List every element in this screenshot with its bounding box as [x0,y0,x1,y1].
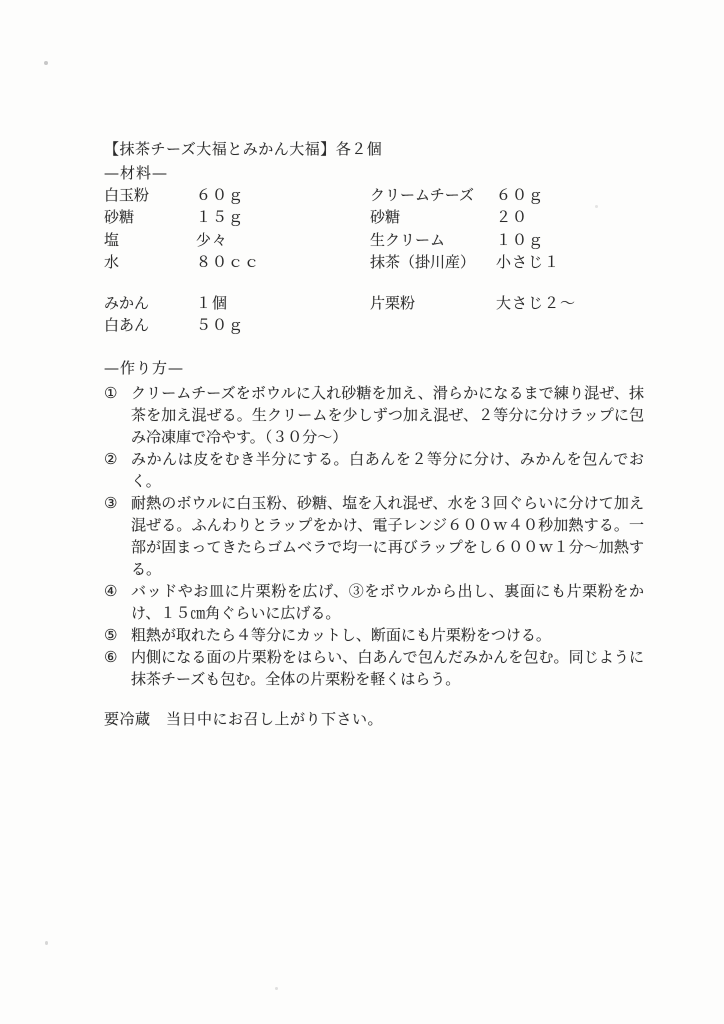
step-text: バッドやお皿に片栗粉を広げ、③をボウルから出し、裏面にも片栗粉をかけ、１５㎝角ぐ… [131,580,644,624]
step-text: みかんは皮をむき半分にする。白あんを２等分に分け、みかんを包んでおく。 [131,448,644,492]
ingredient-name: 砂糖 [370,206,496,228]
step-number: ⑤ [104,624,131,646]
step-number: ② [104,448,131,470]
step-number: ⑥ [104,646,131,668]
storage-note: 要冷蔵 当日中にお召し上がり下さい。 [104,708,644,730]
step-item: ⑥ 内側になる面の片栗粉をはらい、白あんで包んだみかんを包む。同じように抹茶チー… [104,646,644,690]
steps-list: ① クリームチーズをボウルに入れ砂糖を加え、滑らかになるまで練り混ぜ、抹茶を加え… [104,382,644,690]
ingredient-name: 白あん [104,314,196,336]
ingredient-name: 抹茶（掛川産） [370,251,496,273]
ingredients-heading: —材料— [104,162,644,184]
steps-heading: —作り方— [104,357,644,380]
scan-speck [45,941,48,945]
step-text: 粗熱が取れたら４等分にカットし、断面にも片栗粉をつける。 [131,624,644,646]
recipe-content: 【抹茶チーズ大福とみかん大福】各２個 —材料— 白玉粉 ６０ｇ クリームチーズ … [104,138,644,730]
ingredient-amount: ６０ｇ [196,184,370,206]
ingredient-name: 塩 [104,229,196,251]
ingredient-row: 白あん ５０ｇ [104,314,644,336]
ingredient-amount: ６０ｇ [496,184,644,206]
step-text: 内側になる面の片栗粉をはらい、白あんで包んだみかんを包む。同じように抹茶チーズも… [131,646,644,690]
scan-speck [275,987,278,990]
ingredient-name: 砂糖 [104,206,196,228]
ingredient-amount: 大さじ２～ [496,292,644,314]
ingredient-name: クリームチーズ [370,184,496,206]
step-number: ④ [104,580,131,602]
step-text: クリームチーズをボウルに入れ砂糖を加え、滑らかになるまで練り混ぜ、抹茶を加え混ぜ… [131,382,644,448]
scanned-recipe-page: 【抹茶チーズ大福とみかん大福】各２個 —材料— 白玉粉 ６０ｇ クリームチーズ … [0,0,724,1024]
ingredient-name: 白玉粉 [104,184,196,206]
step-text: 耐熱のボウルに白玉粉、砂糖、塩を入れ混ぜ、水を３回ぐらいに分けて加え混ぜる。ふん… [131,492,644,580]
scan-speck [44,61,48,65]
ingredient-amount: 少々 [196,229,370,251]
ingredient-name: みかん [104,292,196,314]
ingredient-amount: １個 [196,292,370,314]
recipe-title: 【抹茶チーズ大福とみかん大福】各２個 [104,138,644,162]
ingredient-amount: ５０ｇ [196,314,370,336]
ingredient-row: 水 ８０ｃｃ 抹茶（掛川産） 小さじ１ [104,251,644,273]
ingredient-name: 片栗粉 [370,292,496,314]
ingredient-amount: 小さじ１ [496,251,644,273]
ingredient-amount: ８０ｃｃ [196,251,370,273]
ingredient-amount: １０ｇ [496,229,644,251]
step-item: ② みかんは皮をむき半分にする。白あんを２等分に分け、みかんを包んでおく。 [104,448,644,492]
ingredient-name: 水 [104,251,196,273]
step-item: ④ バッドやお皿に片栗粉を広げ、③をボウルから出し、裏面にも片栗粉をかけ、１５㎝… [104,580,644,624]
ingredients-table: 白玉粉 ６０ｇ クリームチーズ ６０ｇ 砂糖 １５ｇ 砂糖 ２０ 塩 少々 生ク… [104,184,644,336]
step-item: ③ 耐熱のボウルに白玉粉、砂糖、塩を入れ混ぜ、水を３回ぐらいに分けて加え混ぜる。… [104,492,644,580]
step-number: ③ [104,492,131,514]
ingredient-row: 白玉粉 ６０ｇ クリームチーズ ６０ｇ [104,184,644,206]
ingredient-amount: １５ｇ [196,206,370,228]
ingredient-row: 砂糖 １５ｇ 砂糖 ２０ [104,206,644,228]
step-item: ⑤ 粗熱が取れたら４等分にカットし、断面にも片栗粉をつける。 [104,624,644,646]
ingredient-row: 塩 少々 生クリーム １０ｇ [104,229,644,251]
ingredient-row: みかん １個 片栗粉 大さじ２～ [104,292,644,314]
ingredient-amount: ２０ [496,206,644,228]
step-number: ① [104,382,131,404]
step-item: ① クリームチーズをボウルに入れ砂糖を加え、滑らかになるまで練り混ぜ、抹茶を加え… [104,382,644,448]
ingredient-name: 生クリーム [370,229,496,251]
